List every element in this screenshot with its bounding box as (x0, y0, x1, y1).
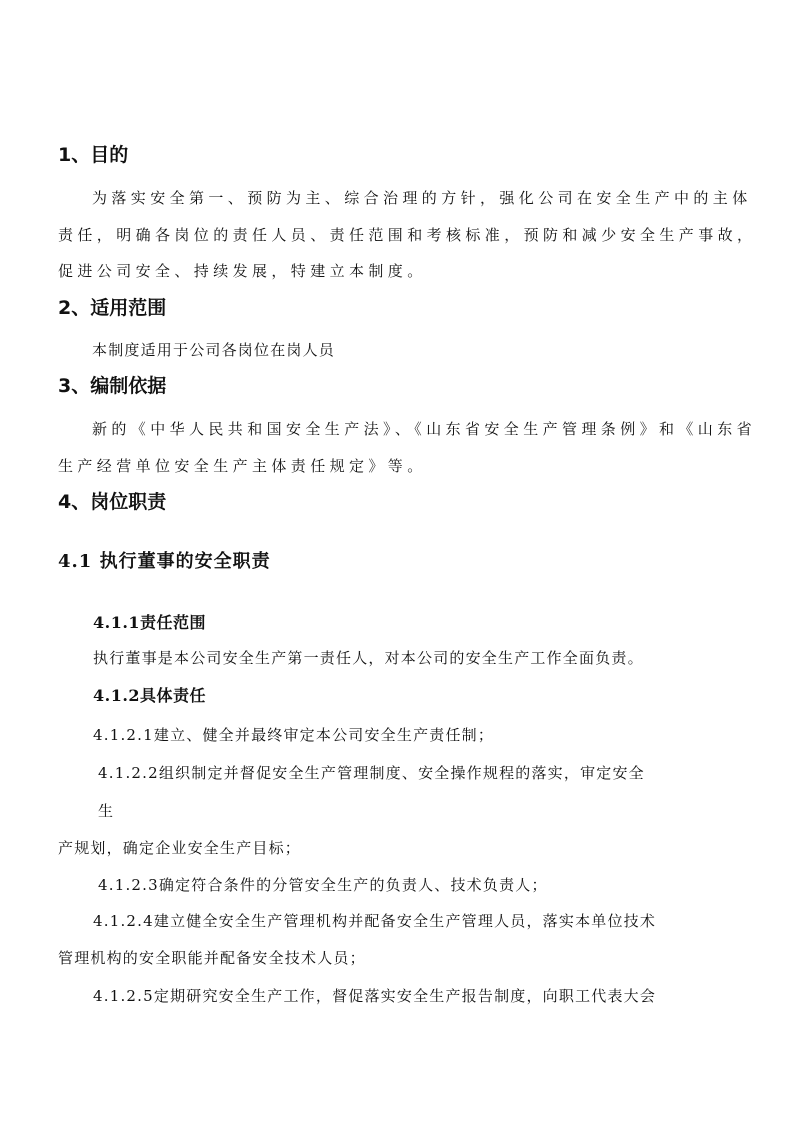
list-item: 4.1.2.5定期研究安全生产工作，督促落实安全生产报告制度，向职工代表大会 (93, 989, 656, 1004)
list-item: 4.1.2.4建立健全安全生产管理机构并配备安全生产管理人员，落实本单位技术 (93, 914, 656, 929)
list-item-continuation: 管理机构的安全职能并配备安全技术人员； (58, 951, 366, 966)
paragraph-line: 本制度适用于公司各岗位在岗人员 (92, 343, 335, 358)
list-item-continuation: 生 (98, 804, 114, 819)
section-heading-purpose: 1、目的 (58, 146, 128, 165)
section-heading-scope: 2、适用范围 (58, 299, 166, 318)
list-item: 4.1.2.3确定符合条件的分管安全生产的负责人、技术负责人； (98, 878, 548, 893)
item-heading-scope: 4.1.1责任范围 (93, 615, 206, 631)
list-item-continuation: 产规划，确定企业安全生产目标； (58, 841, 301, 856)
paragraph-line: 为落实安全第一、预防为主、综合治理的方针，强化公司在安全生产中的主体 (92, 191, 752, 206)
paragraph-line: 执行董事是本公司安全生产第一责任人，对本公司的安全生产工作全面负责。 (93, 651, 644, 666)
subsection-heading: 4.1 执行董事的安全职责 (58, 553, 271, 571)
list-item: 4.1.2.2组织制定并督促安全生产管理制度、安全操作规程的落实，审定安全 (98, 766, 645, 781)
item-heading-specific: 4.1.2具体责任 (93, 688, 206, 704)
paragraph-line: 责任，明确各岗位的责任人员、责任范围和考核标准，预防和减少安全生产事故， (58, 228, 756, 243)
paragraph-line: 促进公司安全、持续发展，特建立本制度。 (58, 264, 427, 279)
section-heading-duties: 4、岗位职责 (58, 493, 166, 512)
paragraph-line: 生产经营单位安全生产主体责任规定》等。 (58, 459, 427, 474)
paragraph-line: 新的《中华人民共和国安全生产法》、《山东省安全生产管理条例》和《山东省 (92, 422, 756, 437)
list-item: 4.1.2.1建立、健全并最终审定本公司安全生产责任制； (93, 728, 494, 743)
section-heading-basis: 3、编制依据 (58, 377, 166, 396)
